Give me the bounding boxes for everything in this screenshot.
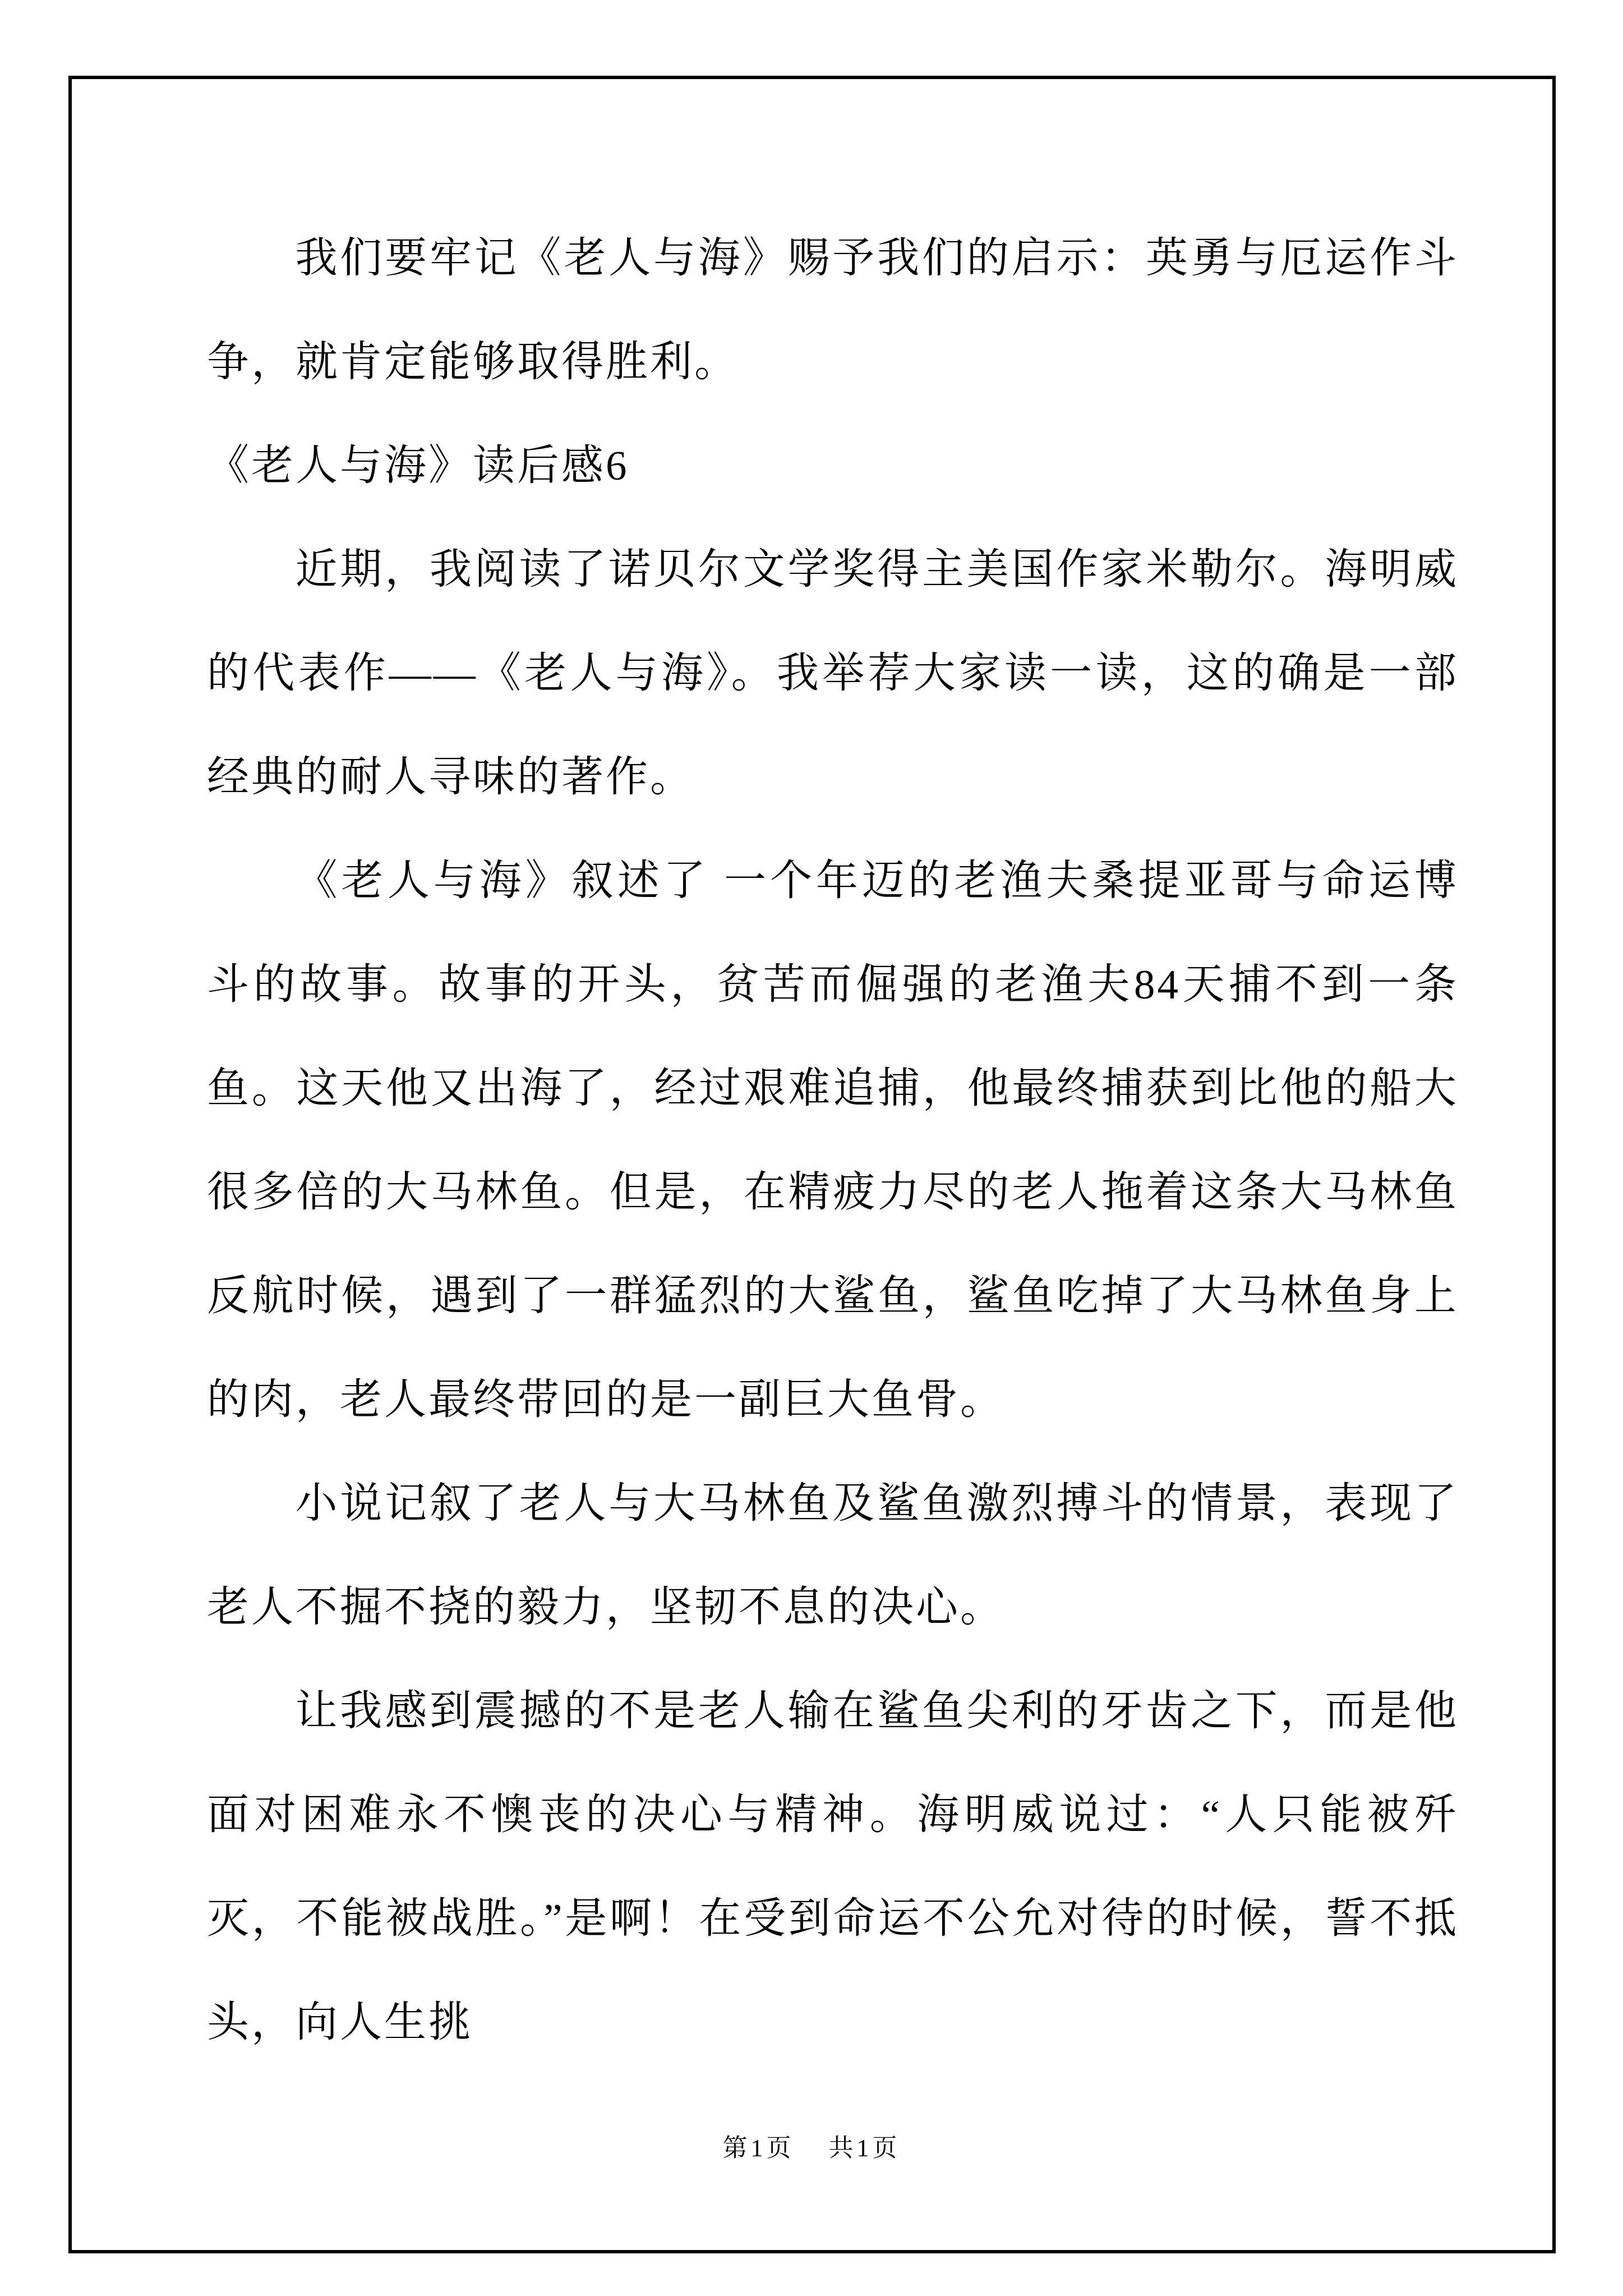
footer-total-pages: 共1页 [829, 2129, 901, 2168]
paragraph: 近期，我阅读了诺贝尔文学奖得主美国作家米勒尔。海明威的代表作——《老人与海》。我… [207, 518, 1459, 829]
paragraph: 小说记叙了老人与大马林鱼及鲨鱼激烈搏斗的情景，表现了老人不掘不挠的毅力，坚韧不息… [207, 1452, 1459, 1659]
footer-page-number: 第1页 [723, 2129, 795, 2168]
page-footer: 第1页 共1页 [0, 2129, 1623, 2168]
document-body-text: 我们要牢记《老人与海》赐予我们的启示：英勇与厄运作斗争，就肯定能够取得胜利。《老… [207, 206, 1459, 2074]
document-page: 我们要牢记《老人与海》赐予我们的启示：英勇与厄运作斗争，就肯定能够取得胜利。《老… [0, 0, 1623, 2296]
paragraph: 《老人与海》读后感6 [207, 414, 1459, 518]
paragraph: 让我感到震撼的不是老人输在鲨鱼尖利的牙齿之下，而是他面对困难永不懊丧的决心与精神… [207, 1659, 1459, 2074]
paragraph: 我们要牢记《老人与海》赐予我们的启示：英勇与厄运作斗争，就肯定能够取得胜利。 [207, 206, 1459, 414]
paragraph: 《老人与海》叙述了 一个年迈的老渔夫桑提亚哥与命运博斗的故事。故事的开头，贫苦而… [207, 829, 1459, 1452]
